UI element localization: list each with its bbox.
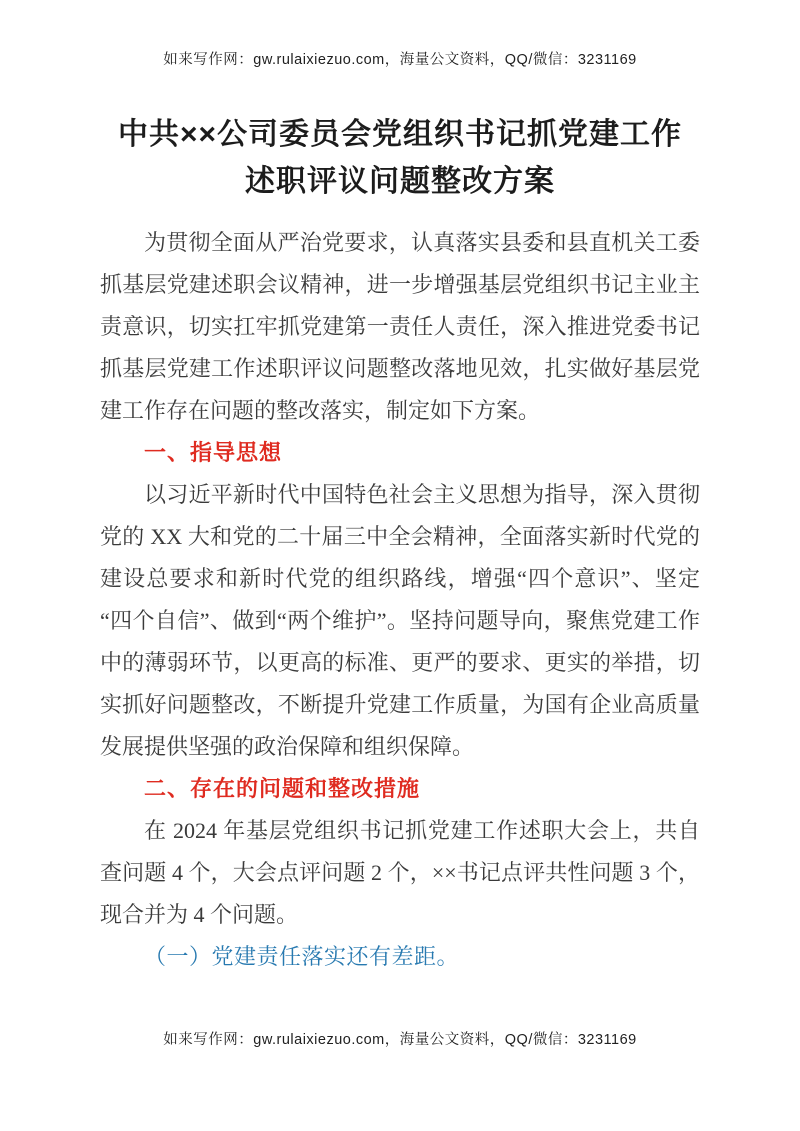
- section-heading-guiding-ideology: 一、指导思想: [100, 432, 700, 474]
- paragraph-intro: 为贯彻全面从严治党要求，认真落实县委和县直机关工委抓基层党建述职会议精神，进一步…: [100, 222, 700, 432]
- title-line-1: 中共××公司委员会党组织书记抓党建工作: [60, 111, 740, 158]
- paragraph-guiding-ideology: 以习近平新时代中国特色社会主义思想为指导，深入贯彻党的 XX 大和党的二十届三中…: [100, 474, 700, 768]
- section-heading-problems-measures: 二、存在的问题和整改措施: [100, 768, 700, 810]
- document-title: 中共××公司委员会党组织书记抓党建工作 述职评议问题整改方案: [0, 0, 800, 205]
- title-line-2: 述职评议问题整改方案: [60, 158, 740, 205]
- page-header-text: 如来写作网：gw.rulaixiezuo.com，海量公文资料，QQ/微信：32…: [0, 48, 800, 69]
- document-page: 如来写作网：gw.rulaixiezuo.com，海量公文资料，QQ/微信：32…: [0, 0, 800, 1131]
- subsection-heading-responsibility-gap: （一）党建责任落实还有差距。: [100, 936, 700, 978]
- paragraph-problems-summary: 在 2024 年基层党组织书记抓党建工作述职大会上，共自查问题 4 个，大会点评…: [100, 810, 700, 936]
- document-body: 为贯彻全面从严治党要求，认真落实县委和县直机关工委抓基层党建述职会议精神，进一步…: [100, 222, 700, 978]
- page-footer-text: 如来写作网：gw.rulaixiezuo.com，海量公文资料，QQ/微信：32…: [0, 1028, 800, 1049]
